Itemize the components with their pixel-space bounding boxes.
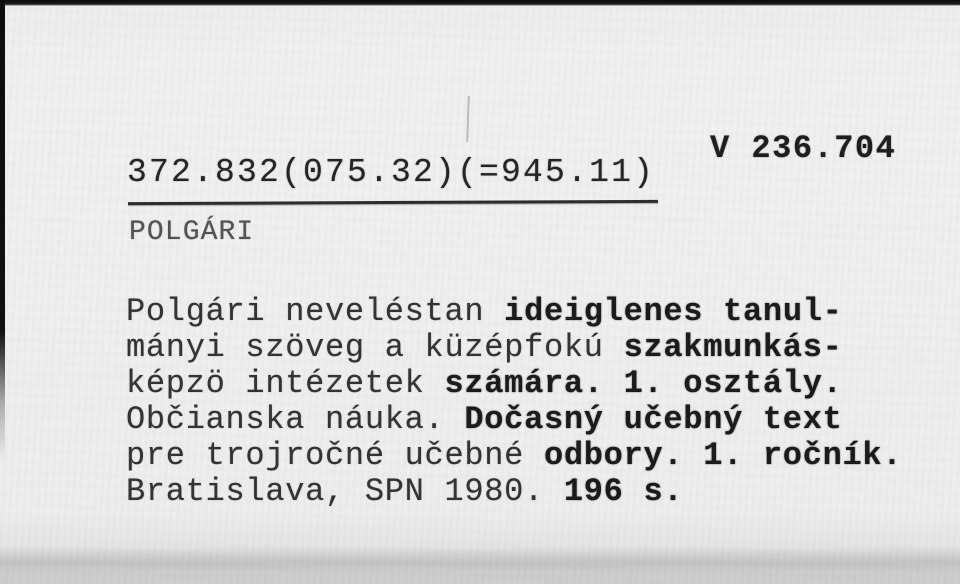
body-text-segment: képzö intézetek	[126, 365, 444, 402]
classification-underline	[128, 200, 658, 205]
body-text-segment: számára. 1. osztály.	[444, 365, 842, 402]
body-text-segment: mányi szöveg a küzépfokú	[126, 329, 624, 366]
catalog-card-scan: V 236.704 372.832(075.32)(=945.11) POLGÁ…	[0, 0, 960, 584]
body-text-segment: Bratislava, SPN 1980.	[126, 473, 564, 510]
body-text-segment: Občianska náuka.	[126, 401, 464, 438]
call-number: V 236.704	[710, 130, 896, 167]
classification-number: 372.832(075.32)(=945.11)	[127, 154, 655, 191]
body-text-segment: Polgári neveléstan	[126, 293, 504, 330]
heading-author: POLGÁRI	[129, 217, 254, 248]
body-text-segment: ideiglenes tanul-	[504, 293, 842, 330]
paper-crease	[466, 96, 470, 142]
body-line: képzö intézetek számára. 1. osztály.	[126, 366, 902, 402]
body-line: pre trojročné učebné odbory. 1. ročník.	[126, 438, 902, 474]
body-line: mányi szöveg a küzépfokú szakmunkás-	[126, 330, 902, 366]
body-text-segment: pre trojročné učebné	[126, 437, 544, 474]
body-line: Polgári neveléstan ideiglenes tanul-	[126, 294, 902, 330]
body-line: Bratislava, SPN 1980. 196 s.	[126, 474, 902, 510]
body-text-segment: Dočasný učebný text	[464, 401, 842, 438]
scan-edge-left	[0, 0, 5, 460]
body-line: Občianska náuka. Dočasný učebný text	[126, 402, 902, 438]
body-text-segment: odbory. 1. ročník.	[544, 437, 902, 474]
body-text-segment: 196 s.	[564, 473, 683, 510]
card-bottom-shadow	[0, 546, 960, 584]
scan-edge-top	[0, 0, 960, 6]
body-text: Polgári neveléstan ideiglenes tanul-mány…	[126, 294, 902, 510]
body-text-segment: szakmunkás-	[624, 329, 843, 366]
